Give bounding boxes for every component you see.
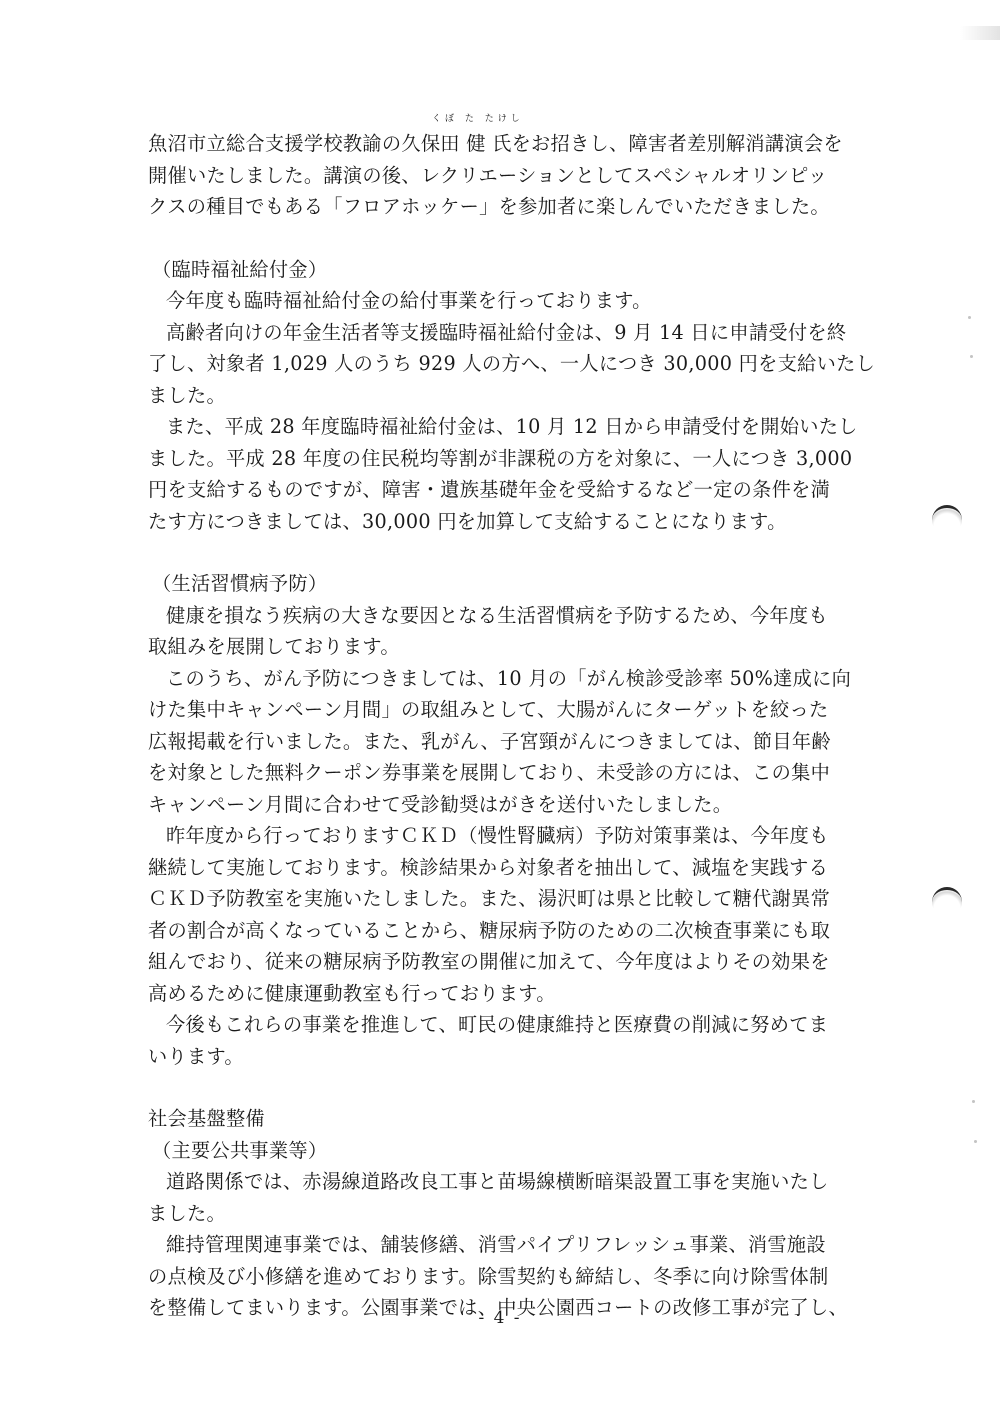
text-line: 健康を損なう疾病の大きな要因となる生活習慣病を予防するため、今年度も bbox=[148, 600, 870, 632]
section-spacer bbox=[148, 223, 870, 254]
scan-speck bbox=[972, 1100, 975, 1103]
text-line: 今後もこれらの事業を推進して、町民の健康維持と医療費の削減に努めてま bbox=[148, 1009, 870, 1041]
text-line: ＣＫＤ予防教室を実施いたしました。また、湯沢町は県と比較して糖代謝異常 bbox=[148, 883, 870, 915]
text-line: くぼ た たけし 魚沼市立総合支援学校教諭の久保田 健 氏をお招きし、障害者差別… bbox=[148, 128, 870, 160]
scan-speck bbox=[974, 1140, 977, 1143]
text-line: ました。 bbox=[148, 1198, 870, 1230]
text-line: 高齢者向けの年金生活者等支援臨時福祉給付金は、9 月 14 日に申請受付を終 bbox=[148, 317, 870, 349]
page-number: - 4 - bbox=[0, 1308, 1000, 1328]
text-line: の点検及び小修繕を進めております。除雪契約も締結し、冬季に向け除雪体制 bbox=[148, 1261, 870, 1293]
furigana-reading: くぼ た たけし bbox=[432, 114, 524, 124]
section-heading: （主要公共事業等） bbox=[148, 1135, 870, 1167]
text-line: クスの種目でもある「フロアホッケー」を参加者に楽しんでいただきました。 bbox=[148, 191, 870, 223]
text-line: 組んでおり、従来の糖尿病予防教室の開催に加えて、今年度はよりその効果を bbox=[148, 946, 870, 978]
text-line: 者の割合が高くなっていることから、糖尿病予防のための二次検査事業にも取 bbox=[148, 915, 870, 947]
section-infrastructure: 社会基盤整備 （主要公共事業等） 道路関係では、赤湯線道路改良工事と苗場線横断暗… bbox=[148, 1103, 870, 1324]
section-spacer bbox=[148, 1072, 870, 1103]
section-heading: （臨時福祉給付金） bbox=[148, 254, 870, 286]
text-line: 開催いたしました。講演の後、レクリエーションとしてスペシャルオリンピッ bbox=[148, 160, 870, 192]
text-line: 広報掲載を行いました。また、乳がん、子宮頸がんにつきましては、節目年齢 bbox=[148, 726, 870, 758]
text-line: ました。 bbox=[148, 380, 870, 412]
text-line: 昨年度から行っておりますＣＫＤ（慢性腎臓病）予防対策事業は、今年度も bbox=[148, 820, 870, 852]
text-line: 高めるために健康運動教室も行っております。 bbox=[148, 978, 870, 1010]
document-body: くぼ た たけし 魚沼市立総合支援学校教諭の久保田 健 氏をお招きし、障害者差別… bbox=[148, 128, 870, 1324]
intro-paragraph: くぼ た たけし 魚沼市立総合支援学校教諭の久保田 健 氏をお招きし、障害者差別… bbox=[148, 128, 870, 223]
text-line: を対象とした無料クーポン券事業を展開しており、未受診の方には、この集中 bbox=[148, 757, 870, 789]
section-lifestyle-disease: （生活習慣病予防） 健康を損なう疾病の大きな要因となる生活習慣病を予防するため、… bbox=[148, 568, 870, 1072]
section-spacer bbox=[148, 537, 870, 568]
text-line: けた集中キャンペーン月間」の取組みとして、大腸がんにターゲットを絞った bbox=[148, 694, 870, 726]
text-line: 継続して実施しております。検診結果から対象者を抽出して、減塩を実践する bbox=[148, 852, 870, 884]
text-line: また、平成 28 年度臨時福祉給付金は、10 月 12 日から申請受付を開始いた… bbox=[148, 411, 870, 443]
text-line: 維持管理関連事業では、舗装修繕、消雪パイプリフレッシュ事業、消雪施設 bbox=[148, 1229, 870, 1261]
section-heading: （生活習慣病予防） bbox=[148, 568, 870, 600]
punch-hole bbox=[932, 887, 962, 917]
section-title: 社会基盤整備 bbox=[148, 1103, 870, 1135]
scan-speck bbox=[970, 355, 973, 358]
text-line: いります。 bbox=[148, 1041, 870, 1073]
text-line: キャンペーン月間に合わせて受診勧奨はがきを送付いたしました。 bbox=[148, 789, 870, 821]
text-line: 了し、対象者 1,029 人のうち 929 人の方へ、一人につき 30,000 … bbox=[148, 348, 870, 380]
text-line: 取組みを展開しております。 bbox=[148, 631, 870, 663]
text-line: ました。平成 28 年度の住民税均等割が非課税の方を対象に、一人につき 3,00… bbox=[148, 443, 870, 475]
text-line: このうち、がん予防につきましては、10 月の「がん検診受診率 50%達成に向 bbox=[148, 663, 870, 695]
text-line: たす方につきましては、30,000 円を加算して支給することになります。 bbox=[148, 506, 870, 538]
text-line: 道路関係では、赤湯線道路改良工事と苗場線横断暗渠設置工事を実施いたし bbox=[148, 1166, 870, 1198]
scan-speck bbox=[968, 316, 971, 319]
document-page: くぼ た たけし 魚沼市立総合支援学校教諭の久保田 健 氏をお招きし、障害者差別… bbox=[0, 0, 1000, 1414]
scan-edge-mark bbox=[960, 26, 1000, 40]
section-welfare-benefit: （臨時福祉給付金） 今年度も臨時福祉給付金の給付事業を行っております。 高齢者向… bbox=[148, 254, 870, 538]
text-line: 今年度も臨時福祉給付金の給付事業を行っております。 bbox=[148, 285, 870, 317]
punch-hole bbox=[932, 505, 962, 535]
text-line: 円を支給するものですが、障害・遺族基礎年金を受給するなど一定の条件を満 bbox=[148, 474, 870, 506]
